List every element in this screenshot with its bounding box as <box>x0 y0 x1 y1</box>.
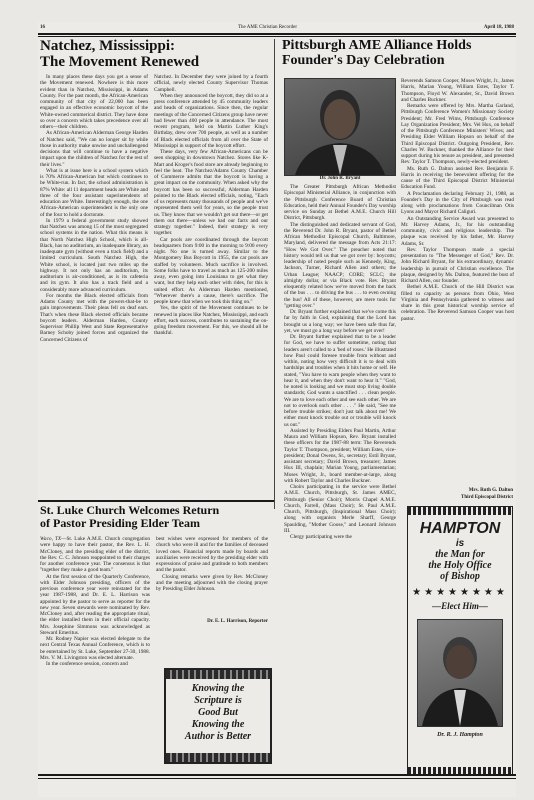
dateline: Waco, TX <box>40 536 61 542</box>
pittsburgh-signature: Mrs. Ruth G. Dalton Third Episcopal Dist… <box>401 488 513 501</box>
footer-rule <box>38 774 516 776</box>
footer-rule-thin <box>38 778 516 779</box>
natchez-headline: Natchez, Mississippi: The Movement Renew… <box>40 39 199 71</box>
ad-slogan: the Man for the Holy Office of Bishop <box>408 549 512 582</box>
scripture-quote-box: Knowing the Scripture is Good But Knowin… <box>164 668 272 764</box>
header-rule <box>38 33 516 35</box>
page-number: 16 <box>40 25 45 30</box>
stluke-headline: St. Luke Church Welcomes Return of Pasto… <box>40 504 219 529</box>
photo-hampton <box>417 619 503 727</box>
quote-ornament-top <box>166 670 270 679</box>
portrait-silhouette-icon <box>418 620 502 726</box>
stluke-column-2: best wishes were expressed for members o… <box>156 536 268 592</box>
ad-elect: —Elect Him— <box>408 601 512 611</box>
pittsburgh-headline: Pittsburgh AME Alliance Holds Founder's … <box>282 39 471 68</box>
ornament-border-top <box>408 507 512 515</box>
natchez-column-1: In many places these days you get a sens… <box>40 74 148 343</box>
pittsburgh-column-2: Reverends Samson Cooper, Moses Wright, J… <box>401 78 514 322</box>
column-divider <box>274 39 275 509</box>
star-row-icon: ★★★★★★★★ <box>408 587 512 598</box>
photo-caption-bryant: Dr. John R. Bryant <box>284 176 396 181</box>
publication-name: The AME Christian Recorder <box>238 25 297 30</box>
quote-text: Knowing the Scripture is Good But Knowin… <box>166 679 270 743</box>
quote-ornament-bottom <box>166 753 270 762</box>
natchez-column-2: Natchez. In December they were joined by… <box>154 74 268 337</box>
photo-caption-hampton: Dr. R. J. Hampton <box>408 732 512 738</box>
stluke-column-1: Waco, TX—St. Luke A.M.E. Church congrega… <box>40 536 150 667</box>
stluke-signature: Dr. E. L. Harrison, Reporter <box>156 619 268 626</box>
photo-john-bryant <box>284 78 396 176</box>
issue-date: April 18, 1988 <box>484 25 514 30</box>
portrait-silhouette-icon <box>285 79 395 175</box>
header-rule-thin <box>38 36 516 37</box>
pittsburgh-column-1: The Greater Pittsburgh African Methodist… <box>284 184 396 540</box>
hampton-ad: HAMPTON is the Man for the Holy Office o… <box>407 506 513 776</box>
newspaper-page: 16 The AME Christian Recorder April 18, … <box>38 22 516 797</box>
section-rule <box>38 500 274 502</box>
ad-name: HAMPTON <box>408 520 512 538</box>
